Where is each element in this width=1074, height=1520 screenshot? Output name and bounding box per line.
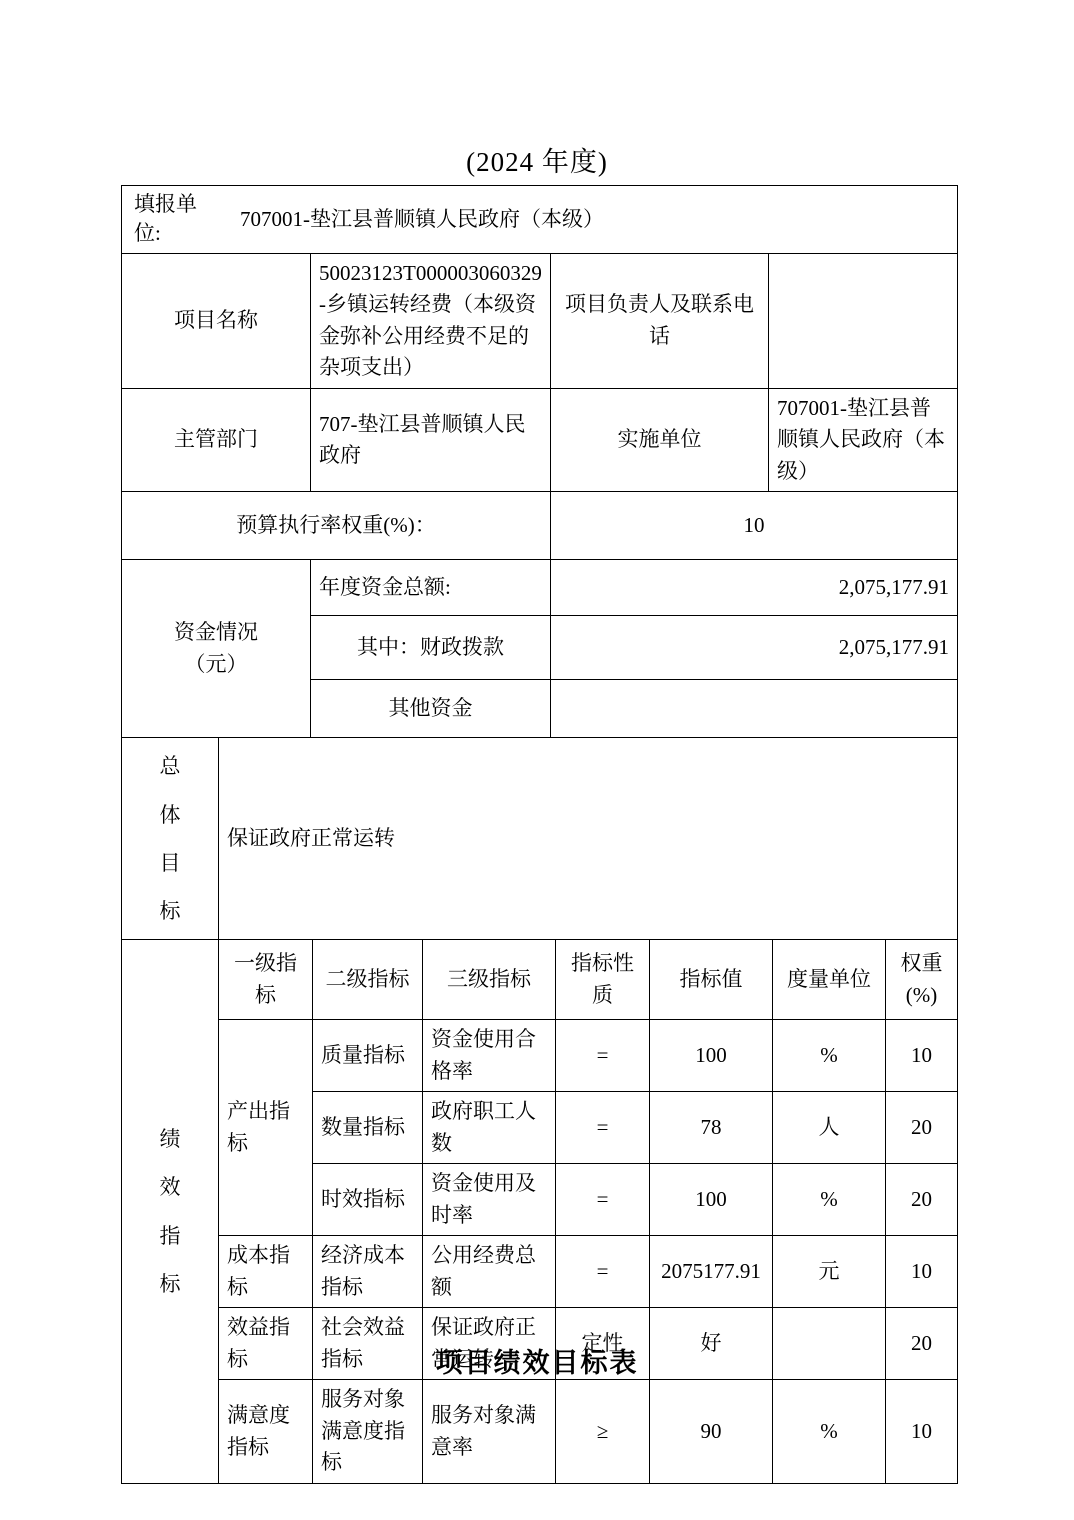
funds-other-label: 其他资金 [311, 680, 551, 738]
impl-unit-label: 实施单位 [551, 388, 769, 492]
indicator-value: 2075177.91 [650, 1236, 773, 1308]
header-value: 指标值 [650, 940, 773, 1020]
indicator-row: 产出指标 质量指标 资金使用合格率 = 100 % 10 [122, 1020, 958, 1092]
table-row: 资金情况 （元） 年度资金总额: 2,075,177.91 [122, 560, 958, 616]
table-row: 填报单位: 707001-垫江县普顺镇人民政府（本级） [122, 186, 958, 254]
indicator-value: 100 [650, 1020, 773, 1092]
table-row: 预算执行率权重(%)： 10 [122, 492, 958, 560]
indicator-nature: ≥ [556, 1380, 650, 1484]
indicator-value: 90 [650, 1380, 773, 1484]
funds-other-value [551, 680, 958, 738]
indicator-level3: 资金使用及时率 [423, 1164, 556, 1236]
indicators-side-label: 绩效指标 [158, 1115, 182, 1308]
document-page: (2024 年度) 填报单位: 707001-垫江县普顺镇人民政府（本级） 项目… [0, 0, 1074, 1520]
header-level2: 二级指标 [313, 940, 423, 1020]
document-caption: 项目绩效目标表 [0, 1341, 1074, 1380]
funds-label: 资金情况 （元） [122, 560, 311, 738]
document-title: (2024 年度) [0, 140, 1074, 179]
indicator-level3: 服务对象满意率 [423, 1380, 556, 1484]
indicator-level1: 满意度指标 [219, 1380, 313, 1484]
table-row: 项目名称 50023123T000003060329-乡镇运转经费（本级资金弥补… [122, 253, 958, 388]
header-level3: 三级指标 [423, 940, 556, 1020]
header-level1: 一级指标 [219, 940, 313, 1020]
header-weight: 权重(%) [886, 940, 958, 1020]
indicator-weight: 10 [886, 1020, 958, 1092]
indicator-level3: 政府职工人数 [423, 1092, 556, 1164]
indicator-value: 100 [650, 1164, 773, 1236]
indicator-row: 满意度指标 服务对象满意度指标 服务对象满意率 ≥ 90 % 10 [122, 1380, 958, 1484]
indicator-unit: 元 [773, 1236, 886, 1308]
indicator-unit: % [773, 1164, 886, 1236]
overall-goal-label: 总体目标 [158, 742, 182, 935]
indicator-level3: 公用经费总额 [423, 1236, 556, 1308]
indicator-unit: 人 [773, 1092, 886, 1164]
indicators-table: 绩效指标 一级指标 二级指标 三级指标 指标性质 指标值 度量单位 权重(%) … [121, 939, 958, 1484]
reporting-unit-value: 707001-垫江县普顺镇人民政府（本级） [218, 204, 949, 236]
funds-fiscal-value: 2,075,177.91 [551, 616, 958, 680]
indicator-unit: % [773, 1380, 886, 1484]
indicator-level1: 产出指标 [219, 1020, 313, 1236]
table-row: 总体目标 保证政府正常运转 [122, 738, 958, 940]
indicator-weight: 10 [886, 1236, 958, 1308]
indicator-row: 成本指标 经济成本指标 公用经费总额 = 2075177.91 元 10 [122, 1236, 958, 1308]
overall-goal-label-cell: 总体目标 [122, 738, 219, 940]
impl-unit-value: 707001-垫江县普顺镇人民政府（本级） [769, 388, 958, 492]
indicator-level2: 时效指标 [313, 1164, 423, 1236]
project-leader-value [769, 253, 958, 388]
indicator-weight: 10 [886, 1380, 958, 1484]
indicator-level2: 服务对象满意度指标 [313, 1380, 423, 1484]
project-name-label: 项目名称 [122, 253, 311, 388]
indicator-level1: 成本指标 [219, 1236, 313, 1308]
indicator-unit: % [773, 1020, 886, 1092]
indicator-nature: = [556, 1164, 650, 1236]
reporting-unit-cell: 填报单位: 707001-垫江县普顺镇人民政府（本级） [122, 186, 958, 254]
indicator-level2: 质量指标 [313, 1020, 423, 1092]
dept-label: 主管部门 [122, 388, 311, 492]
reporting-unit-flex: 填报单位: 707001-垫江县普顺镇人民政府（本级） [130, 190, 949, 249]
header-nature: 指标性质 [556, 940, 650, 1020]
indicator-weight: 20 [886, 1164, 958, 1236]
indicators-header-row: 绩效指标 一级指标 二级指标 三级指标 指标性质 指标值 度量单位 权重(%) [122, 940, 958, 1020]
indicator-weight: 20 [886, 1092, 958, 1164]
project-name-value: 50023123T000003060329-乡镇运转经费（本级资金弥补公用经费不… [311, 253, 551, 388]
indicator-level2: 数量指标 [313, 1092, 423, 1164]
overall-goal-value: 保证政府正常运转 [219, 738, 958, 940]
indicator-level2: 经济成本指标 [313, 1236, 423, 1308]
funds-fiscal-label: 其中：财政拨款 [311, 616, 551, 680]
funds-total-label: 年度资金总额: [311, 560, 551, 616]
dept-value: 707-垫江县普顺镇人民政府 [311, 388, 551, 492]
budget-rate-value: 10 [551, 492, 958, 560]
header-unit: 度量单位 [773, 940, 886, 1020]
budget-rate-label: 预算执行率权重(%)： [122, 492, 551, 560]
indicator-level3: 资金使用合格率 [423, 1020, 556, 1092]
indicator-nature: = [556, 1092, 650, 1164]
indicator-nature: = [556, 1236, 650, 1308]
funds-total-value: 2,075,177.91 [551, 560, 958, 616]
overall-goal-table: 总体目标 保证政府正常运转 [121, 737, 958, 940]
form-sheet: 填报单位: 707001-垫江县普顺镇人民政府（本级） 项目名称 5002312… [121, 185, 957, 1484]
info-table: 填报单位: 707001-垫江县普顺镇人民政府（本级） 项目名称 5002312… [121, 185, 958, 738]
indicator-value: 78 [650, 1092, 773, 1164]
indicators-side-label-cell: 绩效指标 [122, 940, 219, 1484]
project-leader-label: 项目负责人及联系电话 [551, 253, 769, 388]
reporting-unit-label: 填报单位: [134, 190, 218, 249]
table-row: 主管部门 707-垫江县普顺镇人民政府 实施单位 707001-垫江县普顺镇人民… [122, 388, 958, 492]
indicator-nature: = [556, 1020, 650, 1092]
